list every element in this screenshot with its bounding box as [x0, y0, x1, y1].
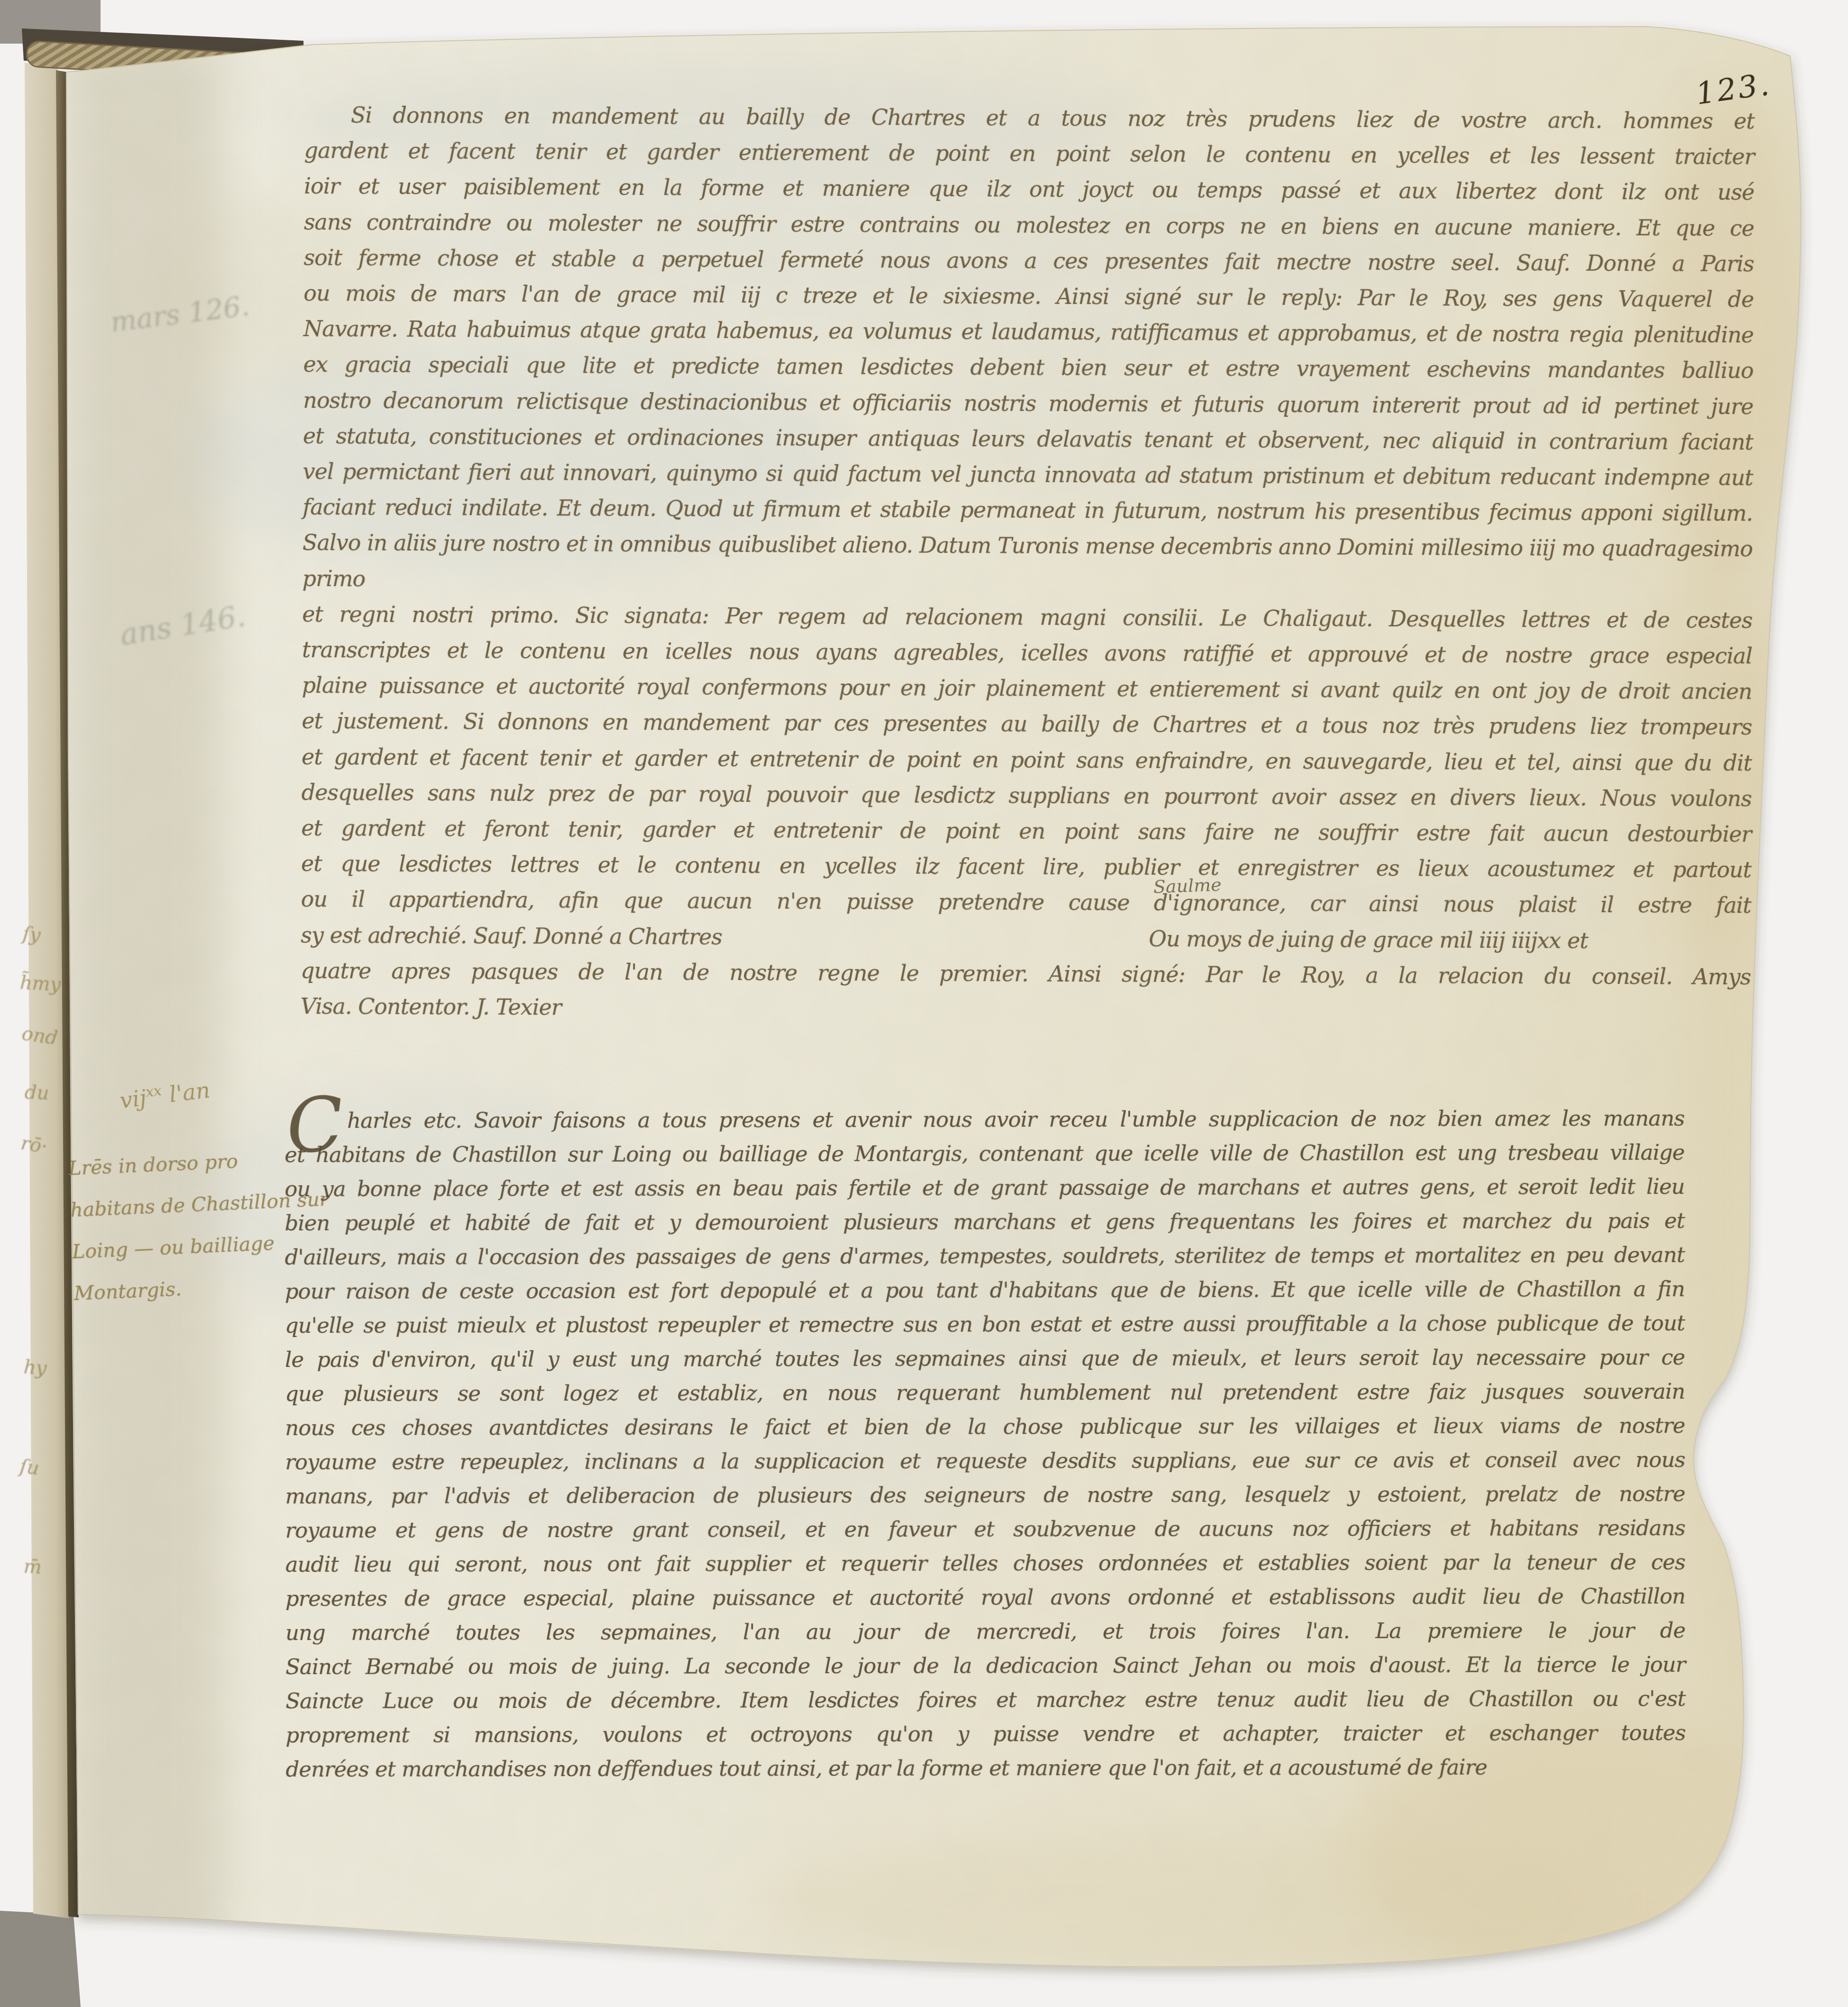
manuscript-line: quatre apres pasques de l'an de nostre r…	[301, 953, 1751, 995]
act-2-text-block: harles etc. Savoir faisons a tous presen…	[285, 1101, 1686, 1787]
manuscript-line: ex gracia speciali que lite et predicte …	[303, 347, 1753, 389]
manuscript-line: Salvo in aliis jure nostro et in omnibus…	[302, 525, 1753, 603]
manuscript-line: nostro decanorum relictisque destinacion…	[303, 383, 1753, 425]
manuscript-line: et gardent et feront tenir, garder et en…	[301, 810, 1751, 852]
manuscript-line: audit lieu qui seront, nous ont fait sup…	[285, 1545, 1685, 1582]
scanned-manuscript-page: 123. mars 126. ans 146. vijxx l'an Lrēs …	[0, 0, 1848, 2007]
manuscript-line: et habitans de Chastillon sur Loing ou b…	[285, 1136, 1684, 1172]
ink-fragment: h̃my	[19, 972, 62, 996]
manuscript-line: ou ya bonne place forte et est assis en …	[285, 1170, 1684, 1206]
manuscript-line: presentes de grace especial, plaine puis…	[285, 1579, 1685, 1616]
manuscript-line: et que lesdictes lettres et le contenu e…	[301, 846, 1751, 888]
ink-fragment: ſu	[18, 1456, 40, 1480]
manuscript-line: que plusieurs se sont logez et establiz,…	[285, 1375, 1685, 1411]
manuscript-line: faciant reduci indilate. Et deum. Quod u…	[303, 489, 1753, 532]
manuscript-line: harles etc. Savoir faisons a tous presen…	[285, 1101, 1684, 1138]
manuscript-line: Visa. Contentor. J. Texier	[300, 989, 1750, 1031]
previous-folio-ink-fragments: ſyh̃myonddurō·hyſum̄	[0, 0, 62, 2007]
ink-fragment: rō·	[19, 1132, 49, 1158]
ink-fragment: ond	[20, 1023, 59, 1049]
manuscript-line: vel permictant fieri aut innovari, quiny…	[303, 454, 1753, 496]
manuscript-line: proprement si mansions, voulons et octro…	[285, 1716, 1685, 1752]
manuscript-line: pour raison de ceste occasion est fort d…	[285, 1272, 1685, 1309]
manuscript-line: bien peuplé et habité de fait et y demou…	[285, 1204, 1684, 1240]
ink-fragment: du	[24, 1081, 49, 1104]
fee-note-base: vij	[118, 1085, 147, 1114]
manuscript-line: plaine puissance et auctorité royal conf…	[302, 668, 1752, 710]
manuscript-line: et regni nostri primo. Sic signata: Per …	[302, 596, 1752, 639]
manuscript-line: denrées et marchandises non deffendues t…	[285, 1750, 1685, 1787]
manuscript-line: d'ailleurs, mais a l'occasion des passai…	[285, 1238, 1685, 1274]
manuscript-line: ung marché toutes les sepmaines, l'an au…	[285, 1613, 1685, 1650]
manuscript-line: royaume estre repeuplez, inclinans a la …	[285, 1443, 1685, 1479]
manuscript-line: ou mois de mars l'an de grace mil iij c …	[303, 275, 1754, 318]
manuscript-line: et statuta, constituciones et ordinacion…	[303, 418, 1753, 460]
manuscript-line: Saincte Luce ou mois de décembre. Item l…	[285, 1682, 1685, 1718]
manuscript-line: desquelles sans nulz prez de par royal p…	[301, 775, 1751, 817]
manuscript-line: ou il appartiendra, afin que aucun n'en …	[301, 881, 1751, 924]
manuscript-line: sans contraindre ou molester ne souffrir…	[304, 204, 1754, 247]
manuscript-line: et justement. Si donnons en mandement pa…	[302, 703, 1752, 745]
ink-fragment: m̄	[23, 1556, 42, 1578]
manuscript-line: transcriptes et le contenu en icelles no…	[302, 632, 1752, 674]
manuscript-line: ioir et user paisiblement en la forme et…	[304, 168, 1754, 211]
manuscript-line: manans, par l'advis et deliberacion de p…	[285, 1477, 1685, 1513]
manuscript-line: royaume et gens de nostre grant conseil,…	[285, 1511, 1685, 1548]
manuscript-line: et gardent et facent tenir et garder et …	[302, 739, 1752, 781]
manuscript-line: Navarre. Rata habuimus atque grata habem…	[303, 311, 1754, 353]
ink-fragment: hy	[23, 1356, 47, 1379]
interlinear-insertion: Saulme	[1153, 874, 1222, 898]
manuscript-line: gardent et facent tenir et garder entier…	[304, 133, 1754, 175]
manuscript-line: soit ferme chose et stable a perpetuel f…	[303, 240, 1754, 282]
manuscript-line: Si donnons en mandement au bailly de Cha…	[304, 97, 1755, 139]
ink-fragment: ſy	[22, 923, 42, 946]
fee-note-superscript: xx	[145, 1082, 163, 1101]
manuscript-line: le pais d'environ, qu'il y eust ung marc…	[285, 1340, 1685, 1377]
manuscript-line: sy est adrechié. Sauf. Donné a Chartres …	[301, 917, 1751, 960]
act-1-text-block: Si donnons en mandement au bailly de Cha…	[300, 97, 1755, 1031]
manuscript-line: qu'elle se puist mieulx et plustost repe…	[285, 1306, 1685, 1343]
manuscript-line: nous ces choses avantdictes desirans le …	[285, 1409, 1685, 1445]
manuscript-line: Sainct Bernabé ou mois de juing. La seco…	[285, 1648, 1685, 1684]
